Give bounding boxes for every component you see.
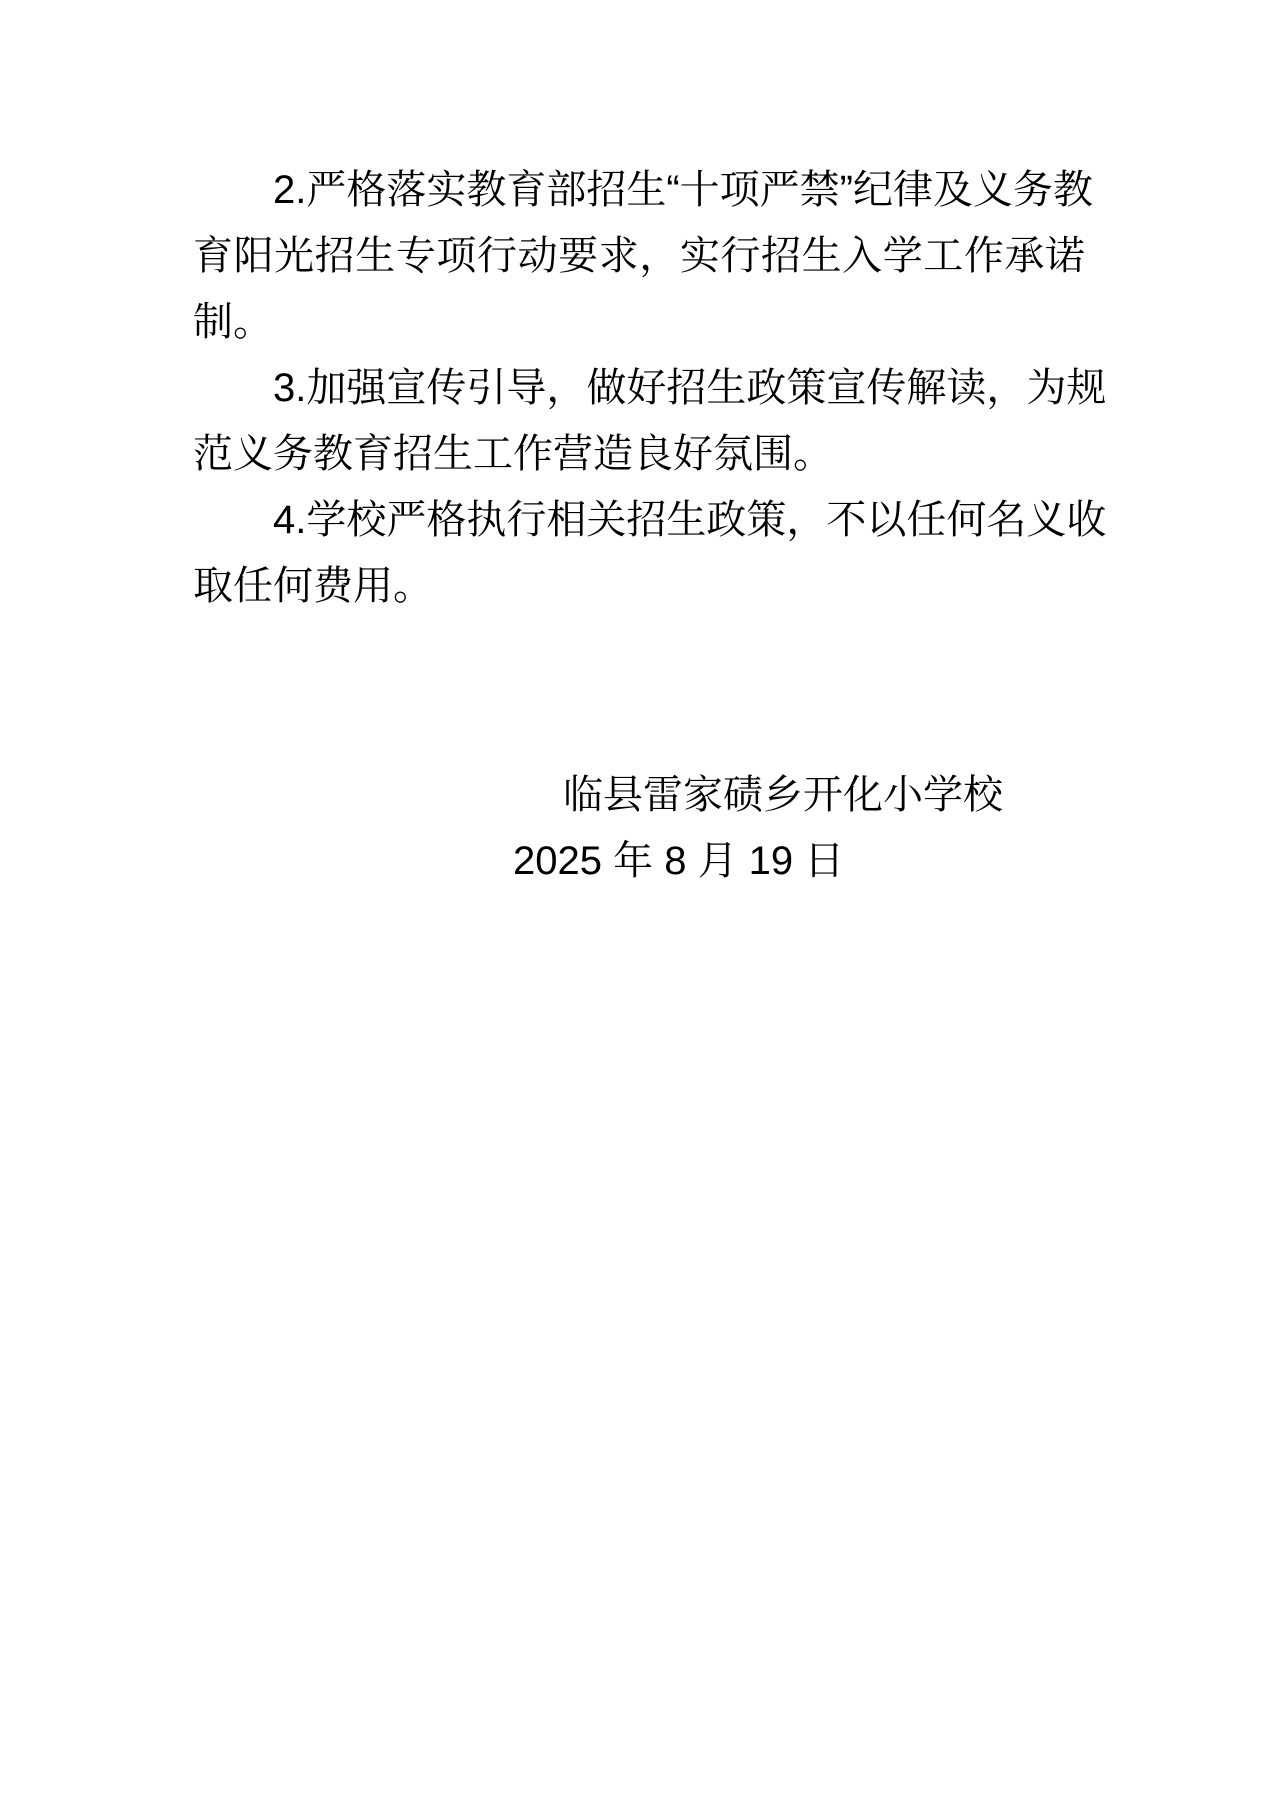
signature-line: 临县雷家碛乡开化小学校 bbox=[563, 762, 1085, 828]
text-line: 育阳光招生专项行动要求，实行招生入学工作承诺 bbox=[193, 223, 1085, 289]
paragraphs: 2.严格落实教育部招生“十项严禁”纪律及义务教育阳光招生专项行动要求，实行招生入… bbox=[193, 157, 1085, 619]
text-line: 范义务教育招生工作营造良好氛围。 bbox=[193, 421, 1085, 487]
text-line: 4.学校严格执行相关招生政策，不以任何名义收 bbox=[193, 487, 1085, 553]
document-page: 2.严格落实教育部招生“十项严禁”纪律及义务教育阳光招生专项行动要求，实行招生入… bbox=[0, 0, 1279, 1809]
date-line: 2025 年 8 月 19 日 bbox=[513, 828, 1085, 894]
text-line: 3.加强宣传引导，做好招生政策宣传解读，为规 bbox=[193, 355, 1085, 421]
text-line: 取任何费用。 bbox=[193, 553, 1085, 619]
document-body: 2.严格落实教育部招生“十项严禁”纪律及义务教育阳光招生专项行动要求，实行招生入… bbox=[193, 157, 1085, 894]
text-line: 2.严格落实教育部招生“十项严禁”纪律及义务教 bbox=[193, 157, 1085, 223]
text-line: 制。 bbox=[193, 289, 1085, 355]
